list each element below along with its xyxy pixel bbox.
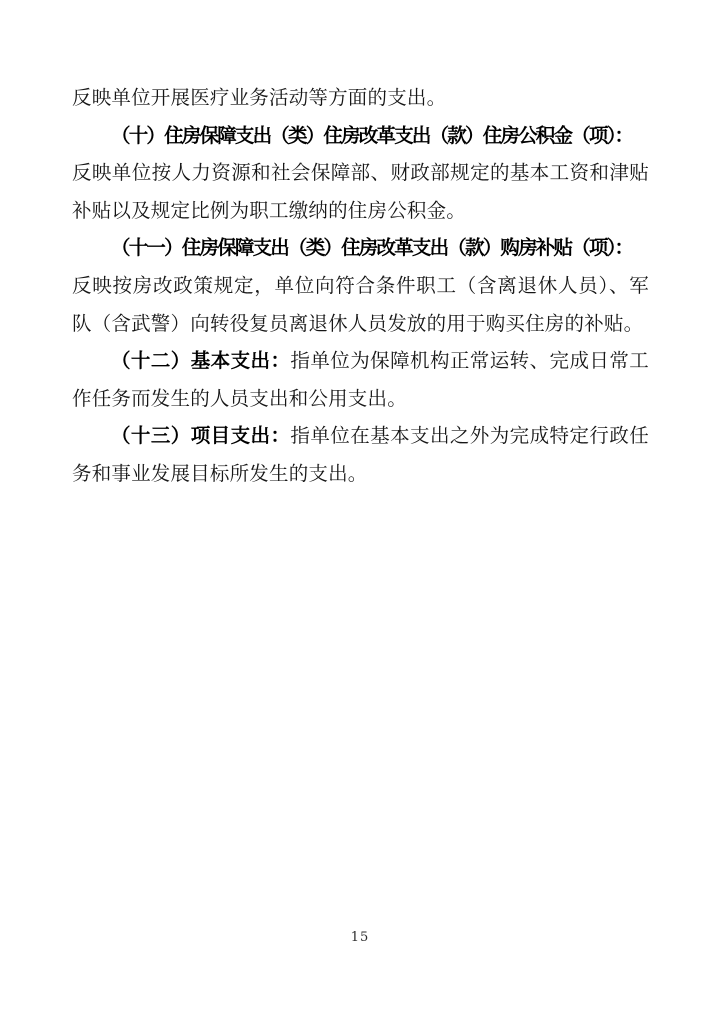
page-number: 15 <box>351 930 370 945</box>
document-page: 反映单位开展医疗业务活动等方面的支出。 （十）住房保障支出（类）住房改革支出（款… <box>0 0 720 1018</box>
paragraph-section-10: （十）住房保障支出（类）住房改革支出（款）住房公积金（项）：反映单位按人力资源和… <box>72 117 649 230</box>
paragraph-continuation: 反映单位开展医疗业务活动等方面的支出。 <box>72 79 649 117</box>
paragraph-section-11: （十一）住房保障支出（类）住房改革支出（款）购房补贴（项）：反映按房改政策规定，… <box>72 229 649 342</box>
section-heading: （十三）项目支出： <box>111 424 290 447</box>
page-footer: 15 <box>0 926 720 945</box>
section-heading: （十二）基本支出： <box>111 349 290 372</box>
paragraph-text: 反映单位开展医疗业务活动等方面的支出。 <box>72 86 446 109</box>
paragraph-text: 反映单位按人力资源和社会保障部、财政部规定的基本工资和津贴补贴以及规定比例为职工… <box>72 161 649 222</box>
paragraph-text: 反映按房改政策规定，单位向符合条件职工（含离退休人员）、军队（含武警）向转役复员… <box>72 274 649 335</box>
paragraph-section-13: （十三）项目支出：指单位在基本支出之外为完成特定行政任务和事业发展目标所发生的支… <box>72 417 649 492</box>
section-heading: （十）住房保障支出（类）住房改革支出（款）住房公积金（项）： <box>72 117 649 155</box>
section-heading: （十一）住房保障支出（类）住房改革支出（款）购房补贴（项）： <box>72 229 649 267</box>
page-content: 反映单位开展医疗业务活动等方面的支出。 （十）住房保障支出（类）住房改革支出（款… <box>72 79 649 493</box>
paragraph-section-12: （十二）基本支出：指单位为保障机构正常运转、完成日常工作任务而发生的人员支出和公… <box>72 342 649 417</box>
